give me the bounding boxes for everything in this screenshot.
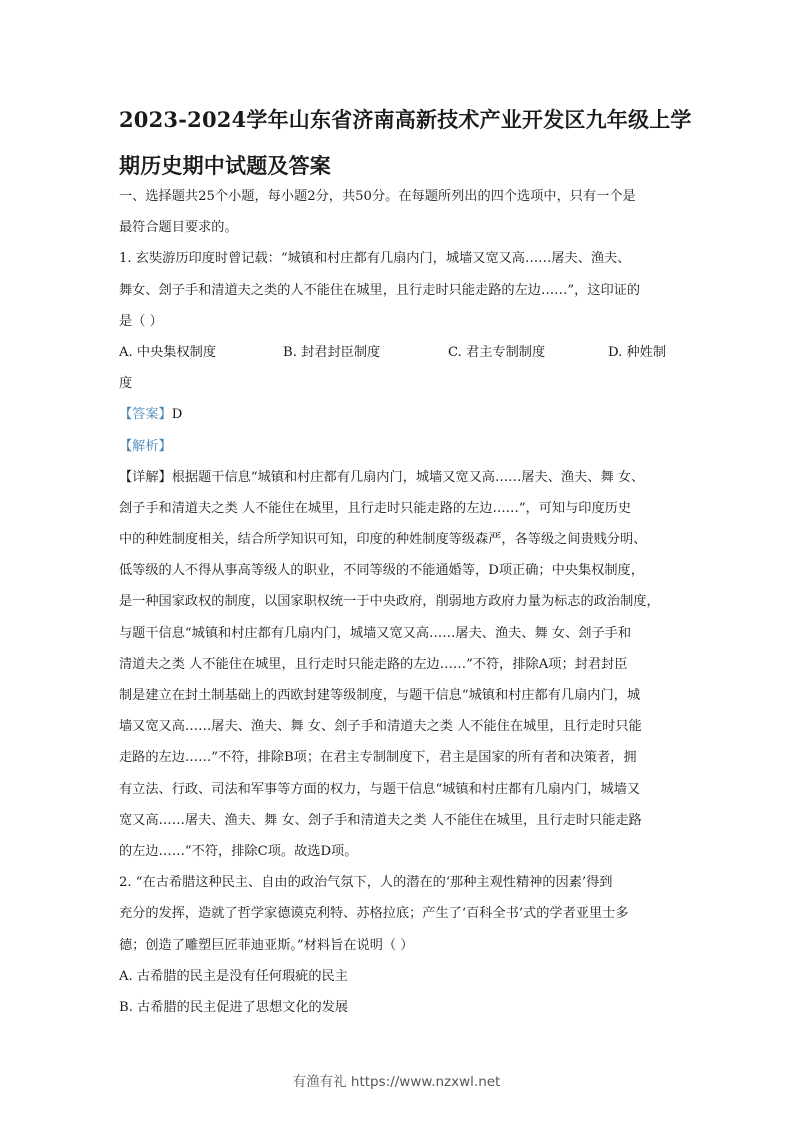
- title-line-1: 2023-2024学年山东省济南高新技术产业开发区九年级上学: [119, 97, 679, 143]
- q1-detail-line-9: 墙又宽又高……屠夫、渔夫、舞 女、刽子手和清道夫之类 人不能住在城里，且行走时只…: [119, 711, 679, 742]
- q1-detail-line-10: 走路的左边……”不符，排除B项；在君主专制制度下，君主是国家的所有者和决策者，拥: [119, 742, 679, 773]
- q1-answer: 【答案】D: [119, 399, 679, 430]
- q2-stem-line-3: 德；创造了雕塑巨匠菲迪亚斯。”材料旨在说明（ ）: [119, 930, 679, 961]
- section-intro-line-1: 一、选择题共25个小题，每小题2分，共50分。在每题所列出的四个选项中，只有一个…: [119, 181, 679, 212]
- q1-detail-line-8: 制是建立在封土制基础上的西欧封建等级制度，与题干信息“城镇和村庄都有几扇内门，城: [119, 680, 679, 711]
- q1-option-d-wrap: 度: [119, 368, 679, 399]
- q1-options: A. 中央集权制度 B. 封君封臣制度 C. 君主专制制度 D. 种姓制: [119, 337, 679, 368]
- q2-stem-line-2: 充分的发挥，造就了哲学家德谟克利特、苏格拉底；产生了‘百科全书’式的学者亚里士多: [119, 898, 679, 929]
- q1-stem-line-2: 舞女、刽子手和清道夫之类的人不能住在城里，且行走时只能走路的左边……”，这印证的: [119, 275, 679, 306]
- q2-option-b: B. 古希腊的民主促进了思想文化的发展: [119, 992, 679, 1023]
- q1-detail-line-11: 有立法、行政、司法和军事等方面的权力，与题干信息“城镇和村庄都有几扇内门，城墙又: [119, 774, 679, 805]
- q1-detail-line-2: 刽子手和清道夫之类 人不能住在城里，且行走时只能走路的左边……”，可知与印度历史: [119, 493, 679, 524]
- q1-detail-line-13: 的左边……”不符，排除C项。故选D项。: [119, 836, 679, 867]
- q1-stem-line-3: 是（ ）: [119, 306, 679, 337]
- analysis-label: 【解析】: [119, 439, 172, 454]
- answer-value: D: [172, 407, 183, 422]
- document-body: 一、选择题共25个小题，每小题2分，共50分。在每题所列出的四个选项中，只有一个…: [119, 181, 679, 1023]
- document-title: 2023-2024学年山东省济南高新技术产业开发区九年级上学 期历史期中试题及答…: [119, 97, 679, 189]
- q1-detail-line-4: 低等级的人不得从事高等级人的职业，不同等级的不能通婚等，D项正确；中央集权制度，: [119, 555, 679, 586]
- q1-detail-line-7: 清道夫之类 人不能住在城里，且行走时只能走路的左边……”不符，排除A项；封君封臣: [119, 649, 679, 680]
- q1-stem-line-1: 1. 玄奘游历印度时曾记载：“城镇和村庄都有几扇内门，城墙又宽又高……屠夫、渔夫…: [119, 243, 679, 274]
- document-page: 2023-2024学年山东省济南高新技术产业开发区九年级上学 期历史期中试题及答…: [0, 0, 793, 1122]
- q1-detail-line-6: 与题干信息“城镇和村庄都有几扇内门，城墙又宽又高……屠夫、渔夫、舞 女、刽子手和: [119, 618, 679, 649]
- q1-option-a: A. 中央集权制度: [119, 337, 283, 368]
- detail-label: 【详解】: [119, 470, 172, 485]
- q1-option-c: C. 君主专制制度: [448, 337, 608, 368]
- q1-detail-line-1: 【详解】根据题干信息“城镇和村庄都有几扇内门，城墙又宽又高……屠夫、渔夫、舞 女…: [119, 462, 679, 493]
- q1-detail-line-5: 是一种国家政权的制度，以国家职权统一于中央政府，削弱地方政府力量为标志的政治制度…: [119, 586, 679, 617]
- detail-text: 根据题干信息“城镇和村庄都有几扇内门，城墙又宽又高……屠夫、渔夫、舞 女、: [172, 470, 645, 485]
- answer-label: 【答案】: [119, 407, 172, 422]
- q2-option-a: A. 古希腊的民主是没有任何瑕疵的民主: [119, 961, 679, 992]
- q1-detail-line-12: 宽又高……屠夫、渔夫、舞 女、刽子手和清道夫之类 人不能住在城里，且行走时只能走…: [119, 805, 679, 836]
- q1-detail-line-3: 中的种姓制度相关，结合所学知识可知，印度的种姓制度等级森严，各等级之间贵贱分明、: [119, 524, 679, 555]
- q1-analysis: 【解析】: [119, 431, 679, 462]
- q1-option-d: D. 种姓制: [608, 337, 666, 368]
- q1-option-b: B. 封君封臣制度: [283, 337, 448, 368]
- q2-stem-line-1: 2. “在古希腊这种民主、自由的政治气氛下，人的潜在的‘那种主观性精神的因素’得…: [119, 867, 679, 898]
- section-intro-line-2: 最符合题目要求的。: [119, 212, 679, 243]
- footer-watermark: 有渔有礼 https://www.nzxwl.net: [0, 1070, 793, 1090]
